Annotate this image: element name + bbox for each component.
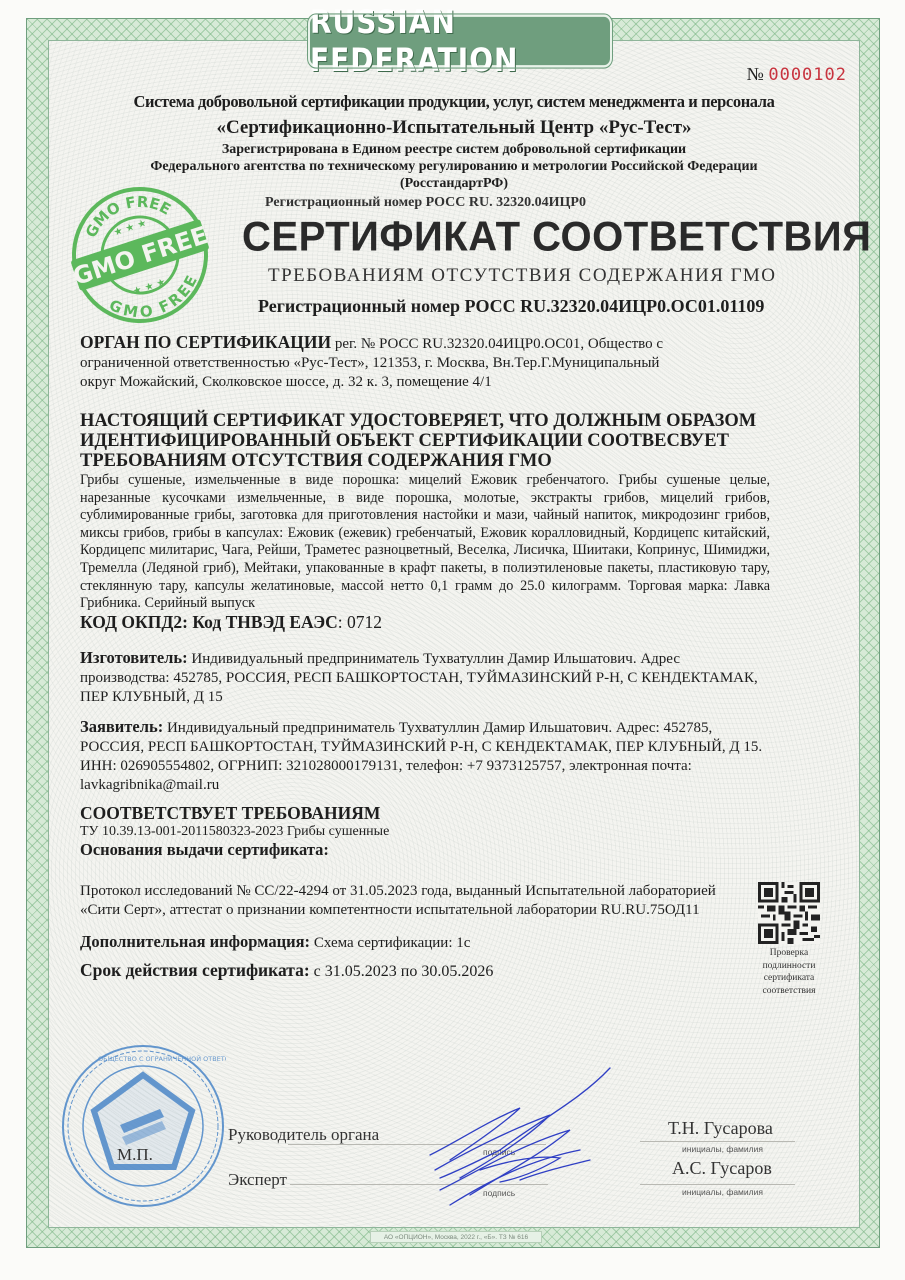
protocol-line: Протокол исследований № СС/22-4294 от 31… xyxy=(80,882,730,901)
name-line xyxy=(640,1184,795,1185)
system-registration-number: Регистрационный номер РОСС RU. 32320.04И… xyxy=(265,195,586,211)
qr-caption-line: соответствия xyxy=(748,985,830,998)
certification-system-line: Система добровольной сертификации продук… xyxy=(48,92,860,112)
certification-body-text: рег. № РОСС RU.32320.04ИЦР0.ОС01, Общест… xyxy=(331,336,663,352)
serial-number: 0000102 xyxy=(768,65,847,85)
applicant-email: lavkagribnika@mail.ru xyxy=(80,776,770,795)
applicant-text: Индивидуальный предприниматель Тухватулл… xyxy=(163,720,712,736)
applicant-text: ИНН: 026905554802, ОГРНИП: 3210280001791… xyxy=(80,757,770,776)
registry-line-1: Зарегистрирована в Едином реестре систем… xyxy=(48,142,860,158)
additional-info-label: Дополнительная информация: xyxy=(80,932,310,951)
product-description: Грибы сушеные, измельченные в виде порош… xyxy=(80,472,770,613)
seal-placeholder-label: М.П. xyxy=(117,1145,153,1165)
additional-info-value: Схема сертификации: 1с xyxy=(310,935,470,951)
validity-period: Срок действия сертификата: с 31.05.2023 … xyxy=(80,960,770,981)
certification-body-label: ОРГАН ПО СЕРТИФИКАЦИИ xyxy=(80,332,331,352)
head-name: Т.Н. Гусарова xyxy=(668,1118,773,1139)
additional-info: Дополнительная информация: Схема сертифи… xyxy=(80,932,770,953)
conformity-standard: ТУ 10.39.13-001-2011580323-2023 Грибы су… xyxy=(80,824,770,840)
manufacturer-text: производства: 452785, РОССИЯ, РЕСП БАШКО… xyxy=(80,669,770,688)
qr-caption-line: сертификата xyxy=(748,972,830,985)
qr-code-icon[interactable] xyxy=(758,882,820,944)
product-codes: КОД ОКПД2: Код ТНВЭД ЕАЭС: 0712 xyxy=(80,612,770,633)
protocol-line: «Сити Серт», аттестат о признании компет… xyxy=(80,901,730,920)
tnved-code: : 0712 xyxy=(338,612,382,632)
name-caption: инициалы, фамилия xyxy=(682,1144,763,1154)
organization-seal-icon: ОБЩЕСТВО С ОГРАНИЧЕННОЙ ОТВЕТСТВЕННОСТЬЮ xyxy=(60,1043,226,1209)
certification-body-section: ОРГАН ПО СЕРТИФИКАЦИИ рег. № РОСС RU.323… xyxy=(80,333,770,392)
svg-text:ОБЩЕСТВО С ОГРАНИЧЕННОЙ ОТВЕТС: ОБЩЕСТВО С ОГРАНИЧЕННОЙ ОТВЕТСТВЕННОСТЬЮ xyxy=(98,1054,226,1063)
certification-body-text: ограниченной ответственностью «Рус-Тест»… xyxy=(80,354,770,373)
document-subtitle: ТРЕБОВАНИЯМ ОТСУТСТВИЯ СОДЕРЖАНИЯ ГМО xyxy=(268,265,777,287)
qr-caption-line: Проверка xyxy=(748,947,830,960)
conformity-heading: СООТВЕТСТВУЕТ ТРЕБОВАНИЯМ xyxy=(80,803,770,824)
name-caption: инициалы, фамилия xyxy=(682,1187,763,1197)
expert-label: Эксперт xyxy=(228,1170,287,1190)
manufacturer-text: Индивидуальный предприниматель Тухватулл… xyxy=(188,651,680,667)
certificate-registration-number: Регистрационный номер РОСС RU.32320.04ИЦ… xyxy=(258,296,764,317)
number-sign: № xyxy=(747,64,764,84)
manufacturer-label: Изготовитель: xyxy=(80,648,188,667)
declaration-line: ТРЕБОВАНИЯМ ОТСУТСТВИЯ СОДЕРЖАНИЯ ГМО xyxy=(80,451,770,471)
codes-label: КОД ОКПД2: Код ТНВЭД ЕАЭС xyxy=(80,612,338,632)
applicant-section: Заявитель: Индивидуальный предпринимател… xyxy=(80,717,770,795)
basis-heading: Основания выдачи сертификата: xyxy=(80,840,770,860)
expert-name: А.С. Гусаров xyxy=(672,1158,772,1179)
applicant-label: Заявитель: xyxy=(80,717,163,736)
certificate-number: № 0000102 xyxy=(747,64,847,85)
validity-value: с 31.05.2023 по 30.05.2026 xyxy=(310,963,494,980)
svg-text:★ ★ ★: ★ ★ ★ xyxy=(112,218,148,239)
manufacturer-text: ПЕР КЛУБНЫЙ, Д 15 xyxy=(80,688,770,707)
certification-center-name: «Сертификационно-Испытательный Центр «Ру… xyxy=(48,117,860,139)
declaration-line: ИДЕНТИФИЦИРОВАННЫЙ ОБЪЕКТ СЕРТИФИКАЦИИ С… xyxy=(80,431,770,451)
handwritten-signature-icon xyxy=(420,1060,620,1210)
declaration-heading: НАСТОЯЩИЙ СЕРТИФИКАТ УДОСТОВЕРЯЕТ, ЧТО Д… xyxy=(80,411,770,471)
conformity-section: СООТВЕТСТВУЕТ ТРЕБОВАНИЯМ ТУ 10.39.13-00… xyxy=(80,803,770,860)
document-title: СЕРТИФИКАТ СООТВЕТСТВИЯ xyxy=(242,214,871,261)
validity-label: Срок действия сертификата: xyxy=(80,960,310,980)
qr-caption-line: подлинности xyxy=(748,960,830,973)
certificate-page: RUSSIAN FEDERATION № 0000102 Система доб… xyxy=(0,0,905,1280)
applicant-text: РОССИЯ, РЕСП БАШКОРТОСТАН, ТУЙМАЗИНСКИЙ … xyxy=(80,738,770,757)
manufacturer-section: Изготовитель: Индивидуальный предпринима… xyxy=(80,648,770,707)
qr-caption: Проверка подлинности сертификата соответ… xyxy=(748,947,830,997)
country-banner: RUSSIAN FEDERATION xyxy=(308,15,612,68)
svg-text:★ ★ ★: ★ ★ ★ xyxy=(132,277,168,298)
head-of-body-label: Руководитель органа xyxy=(228,1125,379,1145)
test-protocol: Протокол исследований № СС/22-4294 от 31… xyxy=(80,882,730,920)
printer-imprint: АО «ОПЦИОН», Москва, 2022 г., «Б». ТЗ № … xyxy=(370,1231,542,1243)
name-line xyxy=(640,1141,795,1142)
declaration-line: НАСТОЯЩИЙ СЕРТИФИКАТ УДОСТОВЕРЯЕТ, ЧТО Д… xyxy=(80,411,770,431)
certification-body-text: округ Можайский, Сколковское шоссе, д. 3… xyxy=(80,373,770,392)
